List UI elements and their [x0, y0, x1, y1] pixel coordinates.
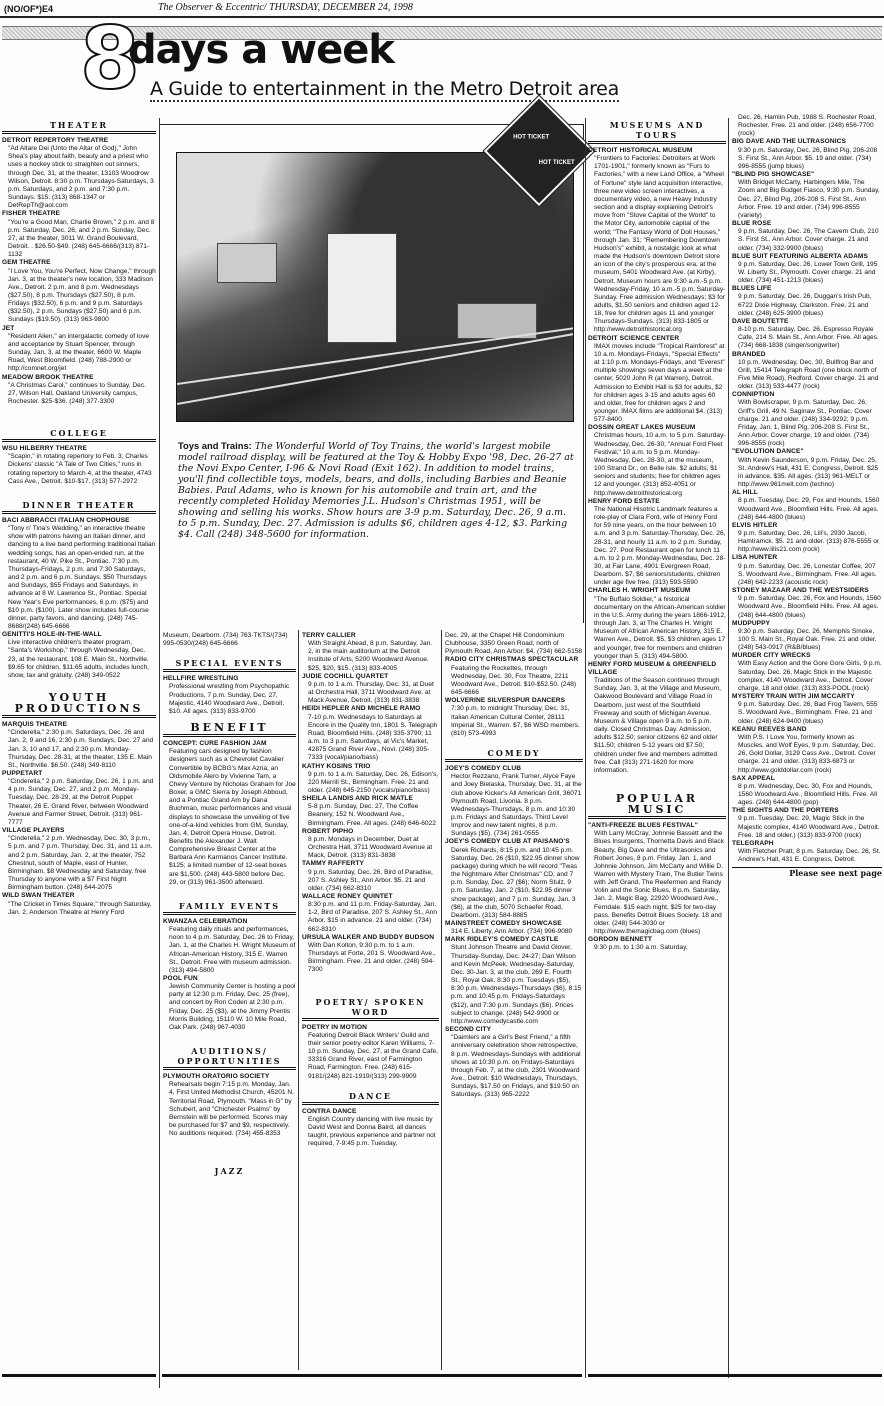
listing-group: Poetry in MotionFeaturing Detroit Black …: [302, 1024, 439, 1081]
listing-details: English Country dancing with live music …: [302, 1116, 439, 1149]
listing-item: WSU Hilberry Theatre"Scapin," in rotatin…: [2, 445, 156, 486]
column-3: Terry CallierWith Straight Ahead, 8 p.m.…: [302, 632, 439, 1148]
listing-name: Meadow Brook Theatre: [2, 374, 156, 382]
listing-item: Gem Theatre"I Love You, You're Perfect, …: [2, 259, 156, 324]
listing-details: With Bridget McCarty, Harbingers Mile, T…: [732, 179, 882, 220]
listing-details: Live interactive children's theater prog…: [2, 639, 156, 680]
listing-details: "Daimlers are a Girl's Best Friend," a f…: [445, 1034, 583, 1099]
section-heading-poetry: POETRY/ SPOKEN WORD: [302, 997, 439, 1021]
listing-group: WSU Hilberry Theatre"Scapin," in rotatin…: [2, 445, 156, 486]
listing-name: Marquis Theatre: [2, 721, 156, 729]
listing-item: Jet"Resident Alien," an intergalactic co…: [2, 325, 156, 374]
section-heading-comedy: COMEDY: [445, 748, 583, 762]
listing-details: IMAX movies include "Tropical Rainforest…: [588, 343, 726, 425]
listing-item: Concept: Cure Fashion JamFeaturing cars …: [163, 740, 296, 887]
listing-name: Poetry in Motion: [302, 1024, 439, 1032]
listing-name: Hellfire Wrestling: [163, 675, 296, 683]
listing-name: Conniption: [732, 391, 882, 399]
listing-details: With Bowlscraper, 9 p.m. Saturday, Dec. …: [732, 399, 882, 448]
listing-name: Gordon Bennett: [588, 936, 726, 944]
listing-name: Heidi Hepler and Michele Ramo: [302, 705, 439, 713]
listing-item: Charles H. Wright Museum"The Buffalo Sol…: [588, 587, 726, 660]
listing-details: "A Christmas Carol," continues to Sunday…: [2, 382, 156, 406]
listing-group: Hellfire WrestlingProfessional wrestling…: [163, 675, 296, 716]
listing-item: Hellfire WrestlingProfessional wrestling…: [163, 675, 296, 716]
listing-item: "Anti-Freeze Blues Festival"With Larry M…: [588, 822, 726, 936]
listing-name: WSU Hilberry Theatre: [2, 445, 156, 453]
listing-item: Judie Cochill Quartet9 p.m. to 1 a.m. Th…: [302, 673, 439, 706]
listing-name: The Sights and the Porters: [732, 807, 882, 815]
listing-details: With Dan Kolton, 9:30 p.m. to 1 a.m. Thu…: [302, 942, 439, 975]
listing-name: Dave Boutette: [732, 318, 882, 326]
listing-group: Plymouth Oratorio SocietyRehearsals begi…: [163, 1073, 296, 1138]
listing-name: Elvis Hitler: [732, 522, 882, 530]
listing-details: 5-8 p.m. Sunday, Dec. 27, The Coffee Bea…: [302, 803, 439, 827]
listing-name: Kwanzaa Celebration: [163, 918, 296, 926]
listing-item: Henry Ford EstateThe National Hisotric L…: [588, 498, 726, 588]
listing-details: 9 p.m. Saturday, Dec. 26, Bad Frog Taver…: [732, 701, 882, 725]
caption-lead: Toys and Trains:: [178, 440, 252, 451]
listing-item: Contra DanceEnglish Country dancing with…: [302, 1108, 439, 1149]
listing-name: Mudpuppy: [732, 620, 882, 628]
listing-group: Big Dave and the Ultrasonics9:30 p.m. Sa…: [732, 138, 882, 864]
listing-name: Ursula Walker and Buddy Budson: [302, 934, 439, 942]
listing-details: "Ad Altare Dei (Unto the Altar of God),"…: [2, 145, 156, 210]
listing-item: Stoney Mazaar and the Westsiders9 p.m. S…: [732, 587, 882, 620]
listing-group: Detroit Repertory Theatre"Ad Altare Dei …: [2, 137, 156, 406]
listing-item: Detroit Repertory Theatre"Ad Altare Dei …: [2, 137, 156, 210]
listing-name: Dossin Great Lakes Museum: [588, 424, 726, 432]
listing-item: Heidi Hepler and Michele Ramo7-10 p.m. W…: [302, 705, 439, 762]
listing-details: "Resident Alien," an intergalactic comed…: [2, 333, 156, 374]
listing-group: Concept: Cure Fashion JamFeaturing cars …: [163, 740, 296, 887]
listing-item: Blue Rose9 p.m. Saturday, Dec. 26, The C…: [732, 220, 882, 253]
listing-item: Mark Ridley's Comedy CastleStunt Johnson…: [445, 936, 583, 1026]
bottom-rule: [588, 1374, 882, 1377]
listing-item: Henry Ford Museum & Greenfield VillageTr…: [588, 661, 726, 775]
section-heading-dinner-theater: DINNER THEATER: [2, 500, 156, 514]
masthead: The Observer & Eccentric/ THURSDAY, DECE…: [158, 2, 413, 13]
continued-next-page-link[interactable]: Please see next page: [732, 867, 882, 877]
listing-name: Terry Callier: [302, 632, 439, 640]
listing-name: Mainstreet Comedy Showcase: [445, 920, 583, 928]
listing-details: 9 p.m. to 1 a.m. Saturday, Dec. 26, Edis…: [302, 771, 439, 795]
listing-group: Contra DanceEnglish Country dancing with…: [302, 1108, 439, 1149]
listing-details: 9:30 p.m. Saturday, Dec. 26, Memphis Smo…: [732, 628, 882, 652]
section-heading-youth: YOUTH PRODUCTIONS: [2, 692, 156, 718]
listing-item: Mudpuppy9:30 p.m. Saturday, Dec. 26, Mem…: [732, 620, 882, 653]
listing-name: Judie Cochill Quartet: [302, 673, 439, 681]
listing-details: 314 E. Liberty, Ann Arbor. (734) 996-908…: [445, 928, 583, 936]
listing-item: Detroit Science CenterIMAX movies includ…: [588, 335, 726, 425]
listing-name: Joey's Comedy Club: [445, 765, 583, 773]
listing-item: Wallace Roney Quintet8:30 p.m. and 11 p.…: [302, 893, 439, 934]
listing-details: "You're a Good Man, Charlie Brown," 2 p.…: [2, 219, 156, 260]
listing-item: Sheila Landis and Rick Matle5-8 p.m. Sun…: [302, 795, 439, 828]
column-rule: [728, 118, 729, 1378]
listing-name: Big Dave and the Ultrasonics: [732, 138, 882, 146]
photo-building: [327, 233, 397, 343]
listing-item: Second City"Daimlers are a Girl's Best F…: [445, 1026, 583, 1099]
section-heading-theater: THEATER: [2, 120, 156, 134]
listing-name: Pool Fun: [163, 975, 296, 983]
listing-details: Jewish Community Center is hosting a poo…: [163, 983, 296, 1032]
listing-details: "Scapin," in rotating repertory to Feb. …: [2, 453, 156, 486]
listing-name: Baci Abbracci Italian Chophouse: [2, 517, 156, 525]
listing-name: Fisher Theatre: [2, 210, 156, 218]
listing-details: 9 p.m. to 1 a.m. Thursday, Dec. 31, at D…: [302, 681, 439, 705]
listing-name: Wolverine Silverspur Dancers: [445, 697, 583, 705]
listing-group: Joey's Comedy ClubHector Rezzano, Frank …: [445, 765, 583, 1099]
column-6: Dec. 26, Hamlin Pub, 1988 S. Rochester R…: [732, 114, 882, 878]
listing-details: "Cinderella," 2 p.m. Wednesday, Dec. 30,…: [2, 835, 156, 892]
listing-name: Detroit Historical Museum: [588, 147, 726, 155]
listing-details: Featuring daily rituals and performances…: [163, 926, 296, 975]
listing-details: 8-10 p.m. Saturday, Dec. 26, Espresso Ro…: [732, 326, 882, 350]
listing-name: Village Players: [2, 827, 156, 835]
listing-details: "Tony n' Tina's Wedding," an interactive…: [2, 525, 156, 631]
column-rule: [298, 630, 299, 1370]
listing-item: Al Hill8 p.m. Tuesday, Dec. 29, Fox and …: [732, 489, 882, 522]
listing-details: 8 p.m. Wednesday, Dec. 30, Fox and Hound…: [732, 783, 882, 807]
column-4: Dec. 29, at the Chapel Hill Condominium …: [445, 632, 583, 1099]
listing-item: Dave Boutette8-10 p.m. Saturday, Dec. 26…: [732, 318, 882, 351]
listing-item: Mainstreet Comedy Showcase314 E. Liberty…: [445, 920, 583, 936]
listing-details: "Cinderella," 2 p.m. Saturday, Dec. 26, …: [2, 778, 156, 827]
bottom-rule: [162, 1374, 582, 1377]
listing-details: 8:30 p.m. and 11 p.m. Friday-Saturday, J…: [302, 901, 439, 934]
listing-item: Genitti's Hole-in-the-WallLive interacti…: [2, 631, 156, 680]
listing-details: Featuring cars designed by fashion desig…: [163, 748, 296, 887]
listing-details: Stunt Johnson Theatre and David Glover, …: [445, 944, 583, 1026]
listing-details: Traditions of the Season continues throu…: [588, 677, 726, 775]
listing-details: Hector Rezzano, Frank Turner, Alyce Faye…: [445, 773, 583, 838]
column-rule: [441, 630, 442, 1370]
listing-item: Elvis Hitler9 p.m. Saturday, Dec. 26, Li…: [732, 522, 882, 555]
listing-name: Telegraph: [732, 840, 882, 848]
section-heading-auditions: AUDITIONS/ OPPORTUNITIES: [163, 1046, 296, 1070]
listing-item: Ursula Walker and Buddy BudsonWith Dan K…: [302, 934, 439, 975]
listing-item: Detroit Historical Museum"Frontiers to F…: [588, 147, 726, 335]
listing-name: Murder City Wrecks: [732, 652, 882, 660]
continued-text: Dec. 26, Hamlin Pub, 1988 S. Rochester R…: [732, 114, 882, 138]
listing-item: Village Players"Cinderella," 2 p.m. Wedn…: [2, 827, 156, 892]
listing-details: Featuring Detroit Black Writers' Guild a…: [302, 1032, 439, 1081]
listing-name: Contra Dance: [302, 1108, 439, 1116]
section-heading-family-events: FAMILY EVENTS: [163, 901, 296, 915]
continued-text: Dec. 29, at the Chapel Hill Condominium …: [445, 632, 583, 656]
listing-name: Robert Pipho: [302, 828, 439, 836]
listing-name: Henry Ford Estate: [588, 498, 726, 506]
listing-item: Blues Life9 p.m. Saturday, Dec. 26, Dugg…: [732, 285, 882, 318]
listing-group: Radio City Christmas SpectacularFeaturin…: [445, 656, 583, 738]
listing-details: "Cinderella," 2:30 p.m. Saturdays, Dec. …: [2, 729, 156, 770]
listing-item: Fisher Theatre"You're a Good Man, Charli…: [2, 210, 156, 259]
listing-item: Terry CallierWith Straight Ahead, 8 p.m.…: [302, 632, 439, 673]
listing-name: "Anti-Freeze Blues Festival": [588, 822, 726, 830]
section-heading-dance: DANCE: [302, 1091, 439, 1105]
listing-item: Robert Pipho8 p.m. Mondays in December, …: [302, 828, 439, 861]
listing-item: Joey's Comedy Club at Paisano'sDerek Ric…: [445, 838, 583, 920]
section-heading-college: COLLEGE: [2, 428, 156, 442]
listing-item: ConniptionWith Bowlscraper, 9 p.m. Satur…: [732, 391, 882, 448]
listing-item: Radio City Christmas SpectacularFeaturin…: [445, 656, 583, 697]
listing-details: With Straight Ahead, 8 p.m. Saturday, Ja…: [302, 640, 439, 673]
listing-details: Professional wrestling from Psychopathic…: [163, 683, 296, 716]
listing-item: Tammy Rafferty9 p.m. Saturday, Dec. 26, …: [302, 860, 439, 893]
listing-item: TelegraphWith Fletcher Pratt, 8 p.m. Sat…: [732, 840, 882, 864]
section-title: days a week: [128, 30, 394, 70]
listing-details: 9 p.m. Saturday, Dec. 26, Lower Town Gri…: [732, 261, 882, 285]
listing-name: Concept: Cure Fashion Jam: [163, 740, 296, 748]
listing-name: Al Hill: [732, 489, 882, 497]
listing-item: Pool FunJewish Community Center is hosti…: [163, 975, 296, 1032]
listing-item: Sax Appeal8 p.m. Wednesday, Dec. 30, Fox…: [732, 775, 882, 808]
listing-details: 8 p.m. Tuesday, Dec. 29, Fox and Hounds,…: [732, 497, 882, 521]
listing-details: Christmas hours, 10 a.m. to 5 p.m. Satur…: [588, 432, 726, 497]
column-rule: [159, 118, 160, 1388]
listing-item: Dossin Great Lakes MuseumChristmas hours…: [588, 424, 726, 497]
listing-item: Branded10 p.m. Wednesday, Dec. 30, Bullf…: [732, 351, 882, 392]
listing-item: The Sights and the Porters9 p.m. Tuesday…: [732, 807, 882, 840]
listing-details: "The Buffalo Soldier," a historical docu…: [588, 596, 726, 661]
listing-group: Detroit Historical Museum"Frontiers to F…: [588, 147, 726, 775]
listing-name: Wallace Roney Quintet: [302, 893, 439, 901]
photo-building: [217, 243, 277, 283]
listing-details: 9 p.m. Saturday, Dec. 26, Lonestar Coffe…: [732, 563, 882, 587]
listing-details: "I Love You, You're Perfect, Now Change,…: [2, 268, 156, 325]
listing-group: "Anti-Freeze Blues Festival"With Larry M…: [588, 822, 726, 953]
column-5: MUSEUMS AND TOURS Detroit Historical Mus…: [588, 114, 726, 953]
listing-name: Branded: [732, 351, 882, 359]
listing-name: Lisa Hunter: [732, 554, 882, 562]
section-heading-benefit: BENEFIT: [163, 722, 296, 737]
listing-item: Murder City WrecksWith Easy Action and t…: [732, 652, 882, 693]
listing-item: Lisa Hunter9 p.m. Saturday, Dec. 26, Lon…: [732, 554, 882, 587]
bottom-rule: [2, 1374, 156, 1377]
listing-item: Plymouth Oratorio SocietyRehearsals begi…: [163, 1073, 296, 1138]
listing-item: PuppetArt"Cinderella," 2 p.m. Saturday, …: [2, 770, 156, 827]
listing-details: The National Hisotric Landmark features …: [588, 506, 726, 588]
listing-item: Gordon Bennett9:30 p.m. to 1:30 a.m. Sat…: [588, 936, 726, 952]
listing-details: 9:30 p.m. to 1:30 a.m. Saturday,: [588, 944, 726, 952]
listing-name: "Blind Pig Showcase": [732, 171, 882, 179]
listing-details: "Frontiers to Factories: Detroiters at W…: [588, 155, 726, 334]
listing-name: Radio City Christmas Spectacular: [445, 656, 583, 664]
listing-details: With Kevin Saunderson, 9 p.m. Friday, De…: [732, 457, 882, 490]
listing-item: Kathy Kosins Trio9 p.m. to 1 a.m. Saturd…: [302, 763, 439, 796]
section-heading-jazz: JAZZ: [163, 1166, 296, 1177]
listing-group: Baci Abbracci Italian Chophouse"Tony n' …: [2, 517, 156, 680]
listing-item: Mystery Train with Jim McCarty9 p.m. Sat…: [732, 693, 882, 726]
listing-details: With Fletcher Pratt, 8 p.m. Saturday, De…: [732, 848, 882, 864]
listing-name: Joey's Comedy Club at Paisano's: [445, 838, 583, 846]
listing-group: Terry CallierWith Straight Ahead, 8 p.m.…: [302, 632, 439, 975]
listing-group: Kwanzaa CelebrationFeaturing daily ritua…: [163, 918, 296, 1032]
listing-name: Blue Suit featuring Alberta Adams: [732, 253, 882, 261]
listing-name: Sheila Landis and Rick Matle: [302, 795, 439, 803]
column-1: THEATER Detroit Repertory Theatre"Ad Alt…: [2, 114, 156, 917]
listing-item: Wild Swan Theater"The Cricket in Times S…: [2, 892, 156, 916]
section-subtitle: A Guide to entertainment in the Metro De…: [150, 78, 619, 102]
listing-name: Gem Theatre: [2, 259, 156, 267]
listing-details: With Larry McCray, Johnnie Bassett and t…: [588, 830, 726, 936]
listing-name: Plymouth Oratorio Society: [163, 1073, 296, 1081]
listing-name: Jet: [2, 325, 156, 333]
listing-name: Mark Ridley's Comedy Castle: [445, 936, 583, 944]
section-heading-popular-music: POPULAR MUSIC: [588, 793, 726, 819]
listing-item: "Evolution Dance"With Kevin Saunderson, …: [732, 448, 882, 489]
listing-name: "Evolution Dance": [732, 448, 882, 456]
listing-details: 7:30 p.m. to midnight Thursday, Dec. 31,…: [445, 705, 583, 738]
listing-name: Henry Ford Museum & Greenfield Village: [588, 661, 726, 677]
listing-group: Marquis Theatre"Cinderella," 2:30 p.m. S…: [2, 721, 156, 917]
listing-details: With P.S. I Love You, formerly known as …: [732, 734, 882, 775]
listing-details: 9 p.m. Tuesday, Dec. 29, Magic Stick in …: [732, 815, 882, 839]
listing-item: Joey's Comedy ClubHector Rezzano, Frank …: [445, 765, 583, 838]
section-heading-special-events: SPECIAL EVENTS: [163, 658, 296, 672]
listing-details: 7-10 p.m. Wednesdays to Saturdays at Enc…: [302, 714, 439, 763]
listing-name: Stoney Mazaar and the Westsiders: [732, 587, 882, 595]
listing-details: With Easy Action and the Gore Gore Girls…: [732, 660, 882, 693]
listing-name: PuppetArt: [2, 770, 156, 778]
listing-item: Big Dave and the Ultrasonics9:30 p.m. Sa…: [732, 138, 882, 171]
listing-name: Charles H. Wright Museum: [588, 587, 726, 595]
listing-name: Wild Swan Theater: [2, 892, 156, 900]
column-2: Museum, Dearborn. (734) 763-TKTS/(734) 9…: [163, 632, 296, 1180]
caption-text: The Wonderful World of Toy Trains, the w…: [178, 441, 574, 540]
listing-details: 9 p.m. Saturday, Dec. 26, Bird of Paradi…: [302, 869, 439, 893]
toy-trains-photo: [176, 152, 574, 422]
listing-item: Marquis Theatre"Cinderella," 2:30 p.m. S…: [2, 721, 156, 770]
listing-name: Keanu Reeves Band: [732, 726, 882, 734]
listing-name: Kathy Kosins Trio: [302, 763, 439, 771]
listing-name: Detroit Science Center: [588, 335, 726, 343]
listing-name: Tammy Rafferty: [302, 860, 439, 868]
listing-details: 9:30 p.m. Saturday, Dec. 26, Blind Pig, …: [732, 147, 882, 171]
listing-item: Meadow Brook Theatre"A Christmas Carol,"…: [2, 374, 156, 407]
listing-item: Keanu Reeves BandWith P.S. I Love You, f…: [732, 726, 882, 775]
listing-item: Wolverine Silverspur Dancers7:30 p.m. to…: [445, 697, 583, 738]
listing-details: 9 p.m. Saturday, Dec. 26, Fox and Hounds…: [732, 595, 882, 619]
listing-details: Featuring the Rockettes, through Wednesd…: [445, 665, 583, 698]
listing-name: Blue Rose: [732, 220, 882, 228]
listing-details: Rehearsals begin 7:15 p.m. Monday, Jan. …: [163, 1081, 296, 1138]
column-rule: [585, 118, 586, 1378]
listing-name: Genitti's Hole-in-the-Wall: [2, 631, 156, 639]
listing-item: "Blind Pig Showcase"With Bridget McCarty…: [732, 171, 882, 220]
listing-name: Second City: [445, 1026, 583, 1034]
listing-details: 9 p.m. Saturday, Dec. 26, Duggan's Irish…: [732, 293, 882, 317]
listing-item: Baci Abbracci Italian Chophouse"Tony n' …: [2, 517, 156, 631]
photo-caption: Toys and Trains: The Wonderful World of …: [178, 440, 578, 540]
listing-name: Sax Appeal: [732, 775, 882, 783]
listing-item: Kwanzaa CelebrationFeaturing daily ritua…: [163, 918, 296, 975]
listing-item: Blue Suit featuring Alberta Adams9 p.m. …: [732, 253, 882, 286]
listing-item: Poetry in MotionFeaturing Detroit Black …: [302, 1024, 439, 1081]
listing-details: 9 p.m. Saturday, Dec. 26, Lili's, 2930 J…: [732, 530, 882, 554]
listing-details: 8 p.m. Mondays in December, Duet at Orch…: [302, 836, 439, 860]
listing-name: Blues Life: [732, 285, 882, 293]
listing-name: Mystery Train with Jim McCarty: [732, 693, 882, 701]
listing-name: Detroit Repertory Theatre: [2, 137, 156, 145]
continued-text: Museum, Dearborn. (734) 763-TKTS/(734) 9…: [163, 632, 296, 648]
listing-details: 10 p.m. Wednesday, Dec. 30, Bullfrog Bar…: [732, 359, 882, 392]
listing-details: "The Cricket in Times Square," through S…: [2, 901, 156, 917]
page-folio: (NO/OF*)E4: [4, 4, 53, 14]
listing-details: 9 p.m. Saturday, Dec. 26, The Cavern Clu…: [732, 228, 882, 252]
listing-details: Derek Richards, 8:15 p.m. and 10:45 p.m.…: [445, 847, 583, 920]
section-heading-museums: MUSEUMS AND TOURS: [588, 120, 726, 144]
